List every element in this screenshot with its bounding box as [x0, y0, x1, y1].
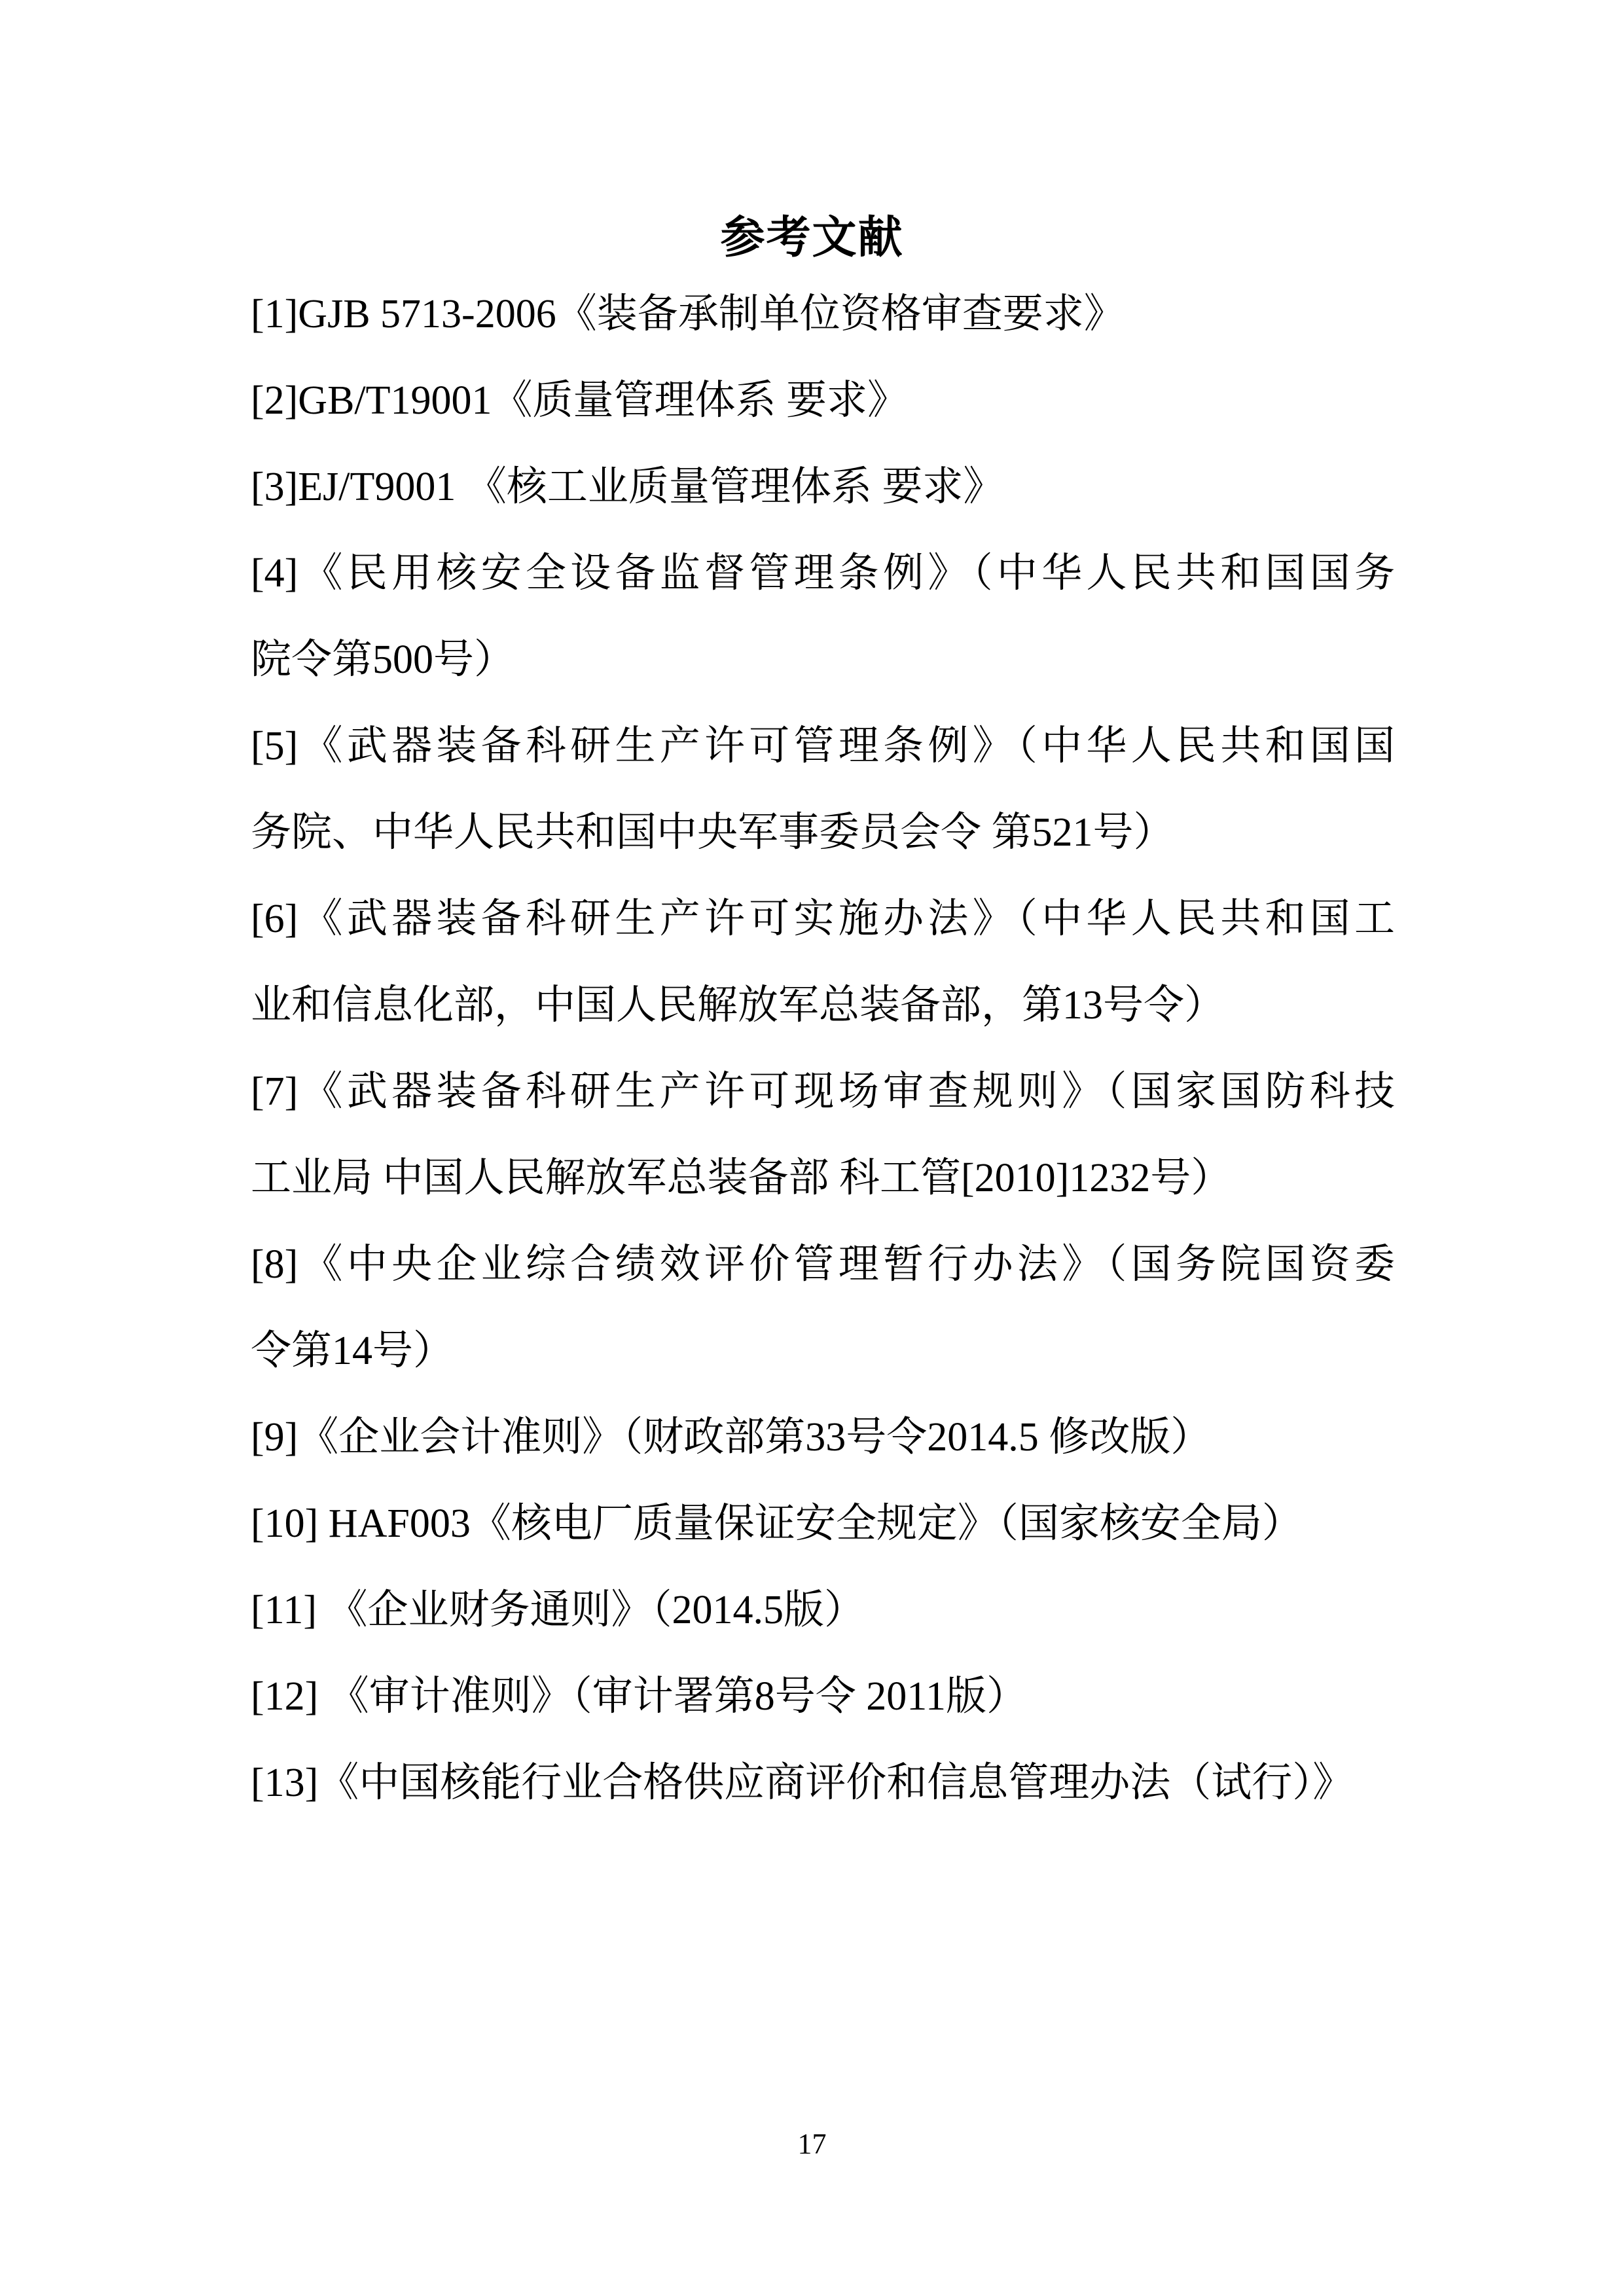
reference-line: [7]《武器装备科研生产许可现场审查规则》（国家国防科技 — [251, 1049, 1395, 1135]
reference-line: [5]《武器装备科研生产许可管理条例》（中华人民共和国国 — [251, 703, 1395, 789]
reference-line: [13]《中国核能行业合格供应商评价和信息管理办法（试行）》 — [251, 1740, 1395, 1826]
reference-line: [2]GB/T19001《质量管理体系 要求》 — [251, 357, 1395, 444]
reference-line: [8]《中央企业综合绩效评价管理暂行办法》（国务院国资委 — [251, 1221, 1395, 1308]
reference-line: 工业局 中国人民解放军总装备部 科工管[2010]1232号） — [251, 1135, 1395, 1221]
reference-line: 业和信息化部，中国人民解放军总装备部，第13号令） — [251, 962, 1395, 1049]
reference-line: [11] 《企业财务通则》（2014.5版） — [251, 1567, 1395, 1653]
reference-line: 令第14号） — [251, 1308, 1395, 1394]
reference-line: [4]《民用核安全设备监督管理条例》（中华人民共和国国务 — [251, 530, 1395, 617]
reference-line: [12] 《审计准则》（审计署第8号令 2011版） — [251, 1653, 1395, 1740]
reference-line: [9]《企业会计准则》（财政部第33号令2014.5 修改版） — [251, 1394, 1395, 1480]
reference-line: [10] HAF003《核电厂质量保证安全规定》（国家核安全局） — [251, 1480, 1395, 1567]
document-page: 参考文献 [1]GJB 5713-2006《装备承制单位资格审查要求》[2]GB… — [0, 0, 1624, 2296]
reference-line: [6]《武器装备科研生产许可实施办法》（中华人民共和国工 — [251, 876, 1395, 962]
reference-line: [3]EJ/T9001 《核工业质量管理体系 要求》 — [251, 444, 1395, 530]
page-number: 17 — [0, 2125, 1624, 2164]
reference-list: [1]GJB 5713-2006《装备承制单位资格审查要求》[2]GB/T190… — [251, 271, 1395, 1826]
reference-line: [1]GJB 5713-2006《装备承制单位资格审查要求》 — [251, 271, 1395, 357]
reference-line: 院令第500号） — [251, 617, 1395, 703]
reference-line: 务院、中华人民共和国中央军事委员会令 第521号） — [251, 789, 1395, 876]
page-title: 参考文献 — [0, 194, 1624, 281]
